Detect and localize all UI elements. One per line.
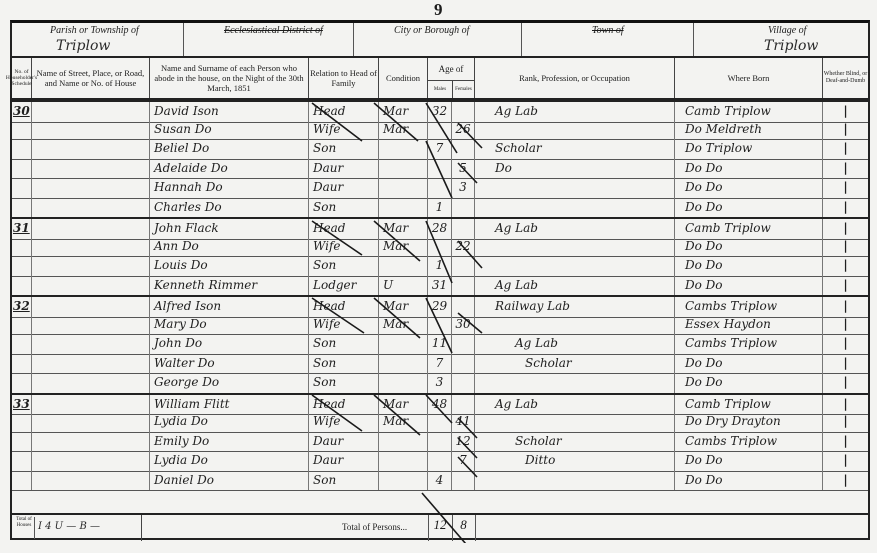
- female-age: [452, 198, 475, 218]
- relation: Wife: [309, 412, 379, 432]
- occupation: [475, 412, 675, 432]
- relation: Son: [309, 198, 379, 218]
- tally-mark: |: [823, 451, 868, 471]
- person-name: Lydia Do: [150, 412, 309, 432]
- condition: [379, 471, 428, 491]
- relation: Son: [309, 256, 379, 276]
- occupation: [475, 373, 675, 393]
- where-born: Do Do: [675, 198, 823, 218]
- city-cell: City or Borough of: [354, 23, 522, 56]
- occupation: Scholar: [475, 432, 675, 452]
- total-females: 8: [452, 517, 475, 533]
- table-row: Emily Do Daur 12 Scholar Cambs Triplow |: [12, 432, 868, 453]
- schedule-number: [12, 432, 32, 452]
- relation: Son: [309, 354, 379, 374]
- female-age: [452, 276, 475, 296]
- person-name: Charles Do: [150, 198, 309, 218]
- total-houses: Total of Houses I 4 U — B —: [12, 515, 142, 541]
- table-row: Hannah Do Daur 3 Do Do |: [12, 178, 868, 199]
- condition: Mar: [379, 315, 428, 335]
- relation: Wife: [309, 120, 379, 140]
- table-row: John Do Son 11 Ag Lab Cambs Triplow |: [12, 334, 868, 355]
- female-age: 30: [452, 315, 475, 335]
- schedule-number: [12, 315, 32, 335]
- col-where-born: Where Born: [675, 58, 823, 98]
- condition: Mar: [379, 237, 428, 257]
- male-age: [428, 120, 452, 140]
- person-name: Beliel Do: [150, 139, 309, 159]
- schedule-number: [12, 120, 32, 140]
- occupation: Scholar: [475, 354, 675, 374]
- female-age: 12: [452, 432, 475, 452]
- table-row: Walter Do Son 7 Scholar Do Do |: [12, 354, 868, 375]
- col-males: Males: [428, 81, 453, 98]
- schedule-number: [12, 354, 32, 374]
- col-occupation: Rank, Profession, or Occupation: [475, 58, 675, 98]
- female-age: 7: [452, 451, 475, 471]
- street-cell: [32, 120, 150, 140]
- where-born: Do Do: [675, 451, 823, 471]
- where-born: Do Do: [675, 159, 823, 179]
- condition: [379, 256, 428, 276]
- street-cell: [32, 471, 150, 491]
- condition: [379, 373, 428, 393]
- person-name: Adelaide Do: [150, 159, 309, 179]
- female-age: 3: [452, 178, 475, 198]
- relation: Daur: [309, 178, 379, 198]
- relation: Son: [309, 471, 379, 491]
- condition: [379, 354, 428, 374]
- relation: Son: [309, 334, 379, 354]
- total-houses-values: I 4 U — B —: [38, 521, 100, 532]
- person-name: Susan Do: [150, 120, 309, 140]
- female-age: 41: [452, 412, 475, 432]
- city-label: City or Borough of: [394, 25, 469, 36]
- female-age: 22: [452, 237, 475, 257]
- condition: [379, 432, 428, 452]
- ecclesiastical-label: Ecclesiastical District of: [224, 25, 323, 36]
- male-age: [428, 451, 452, 471]
- table-row: Louis Do Son 1 Do Do |: [12, 256, 868, 277]
- person-name: Louis Do: [150, 256, 309, 276]
- male-age: [428, 432, 452, 452]
- census-page: 9 Parish or Township of Triplow Ecclesia…: [0, 0, 877, 553]
- schedule-number: [12, 178, 32, 198]
- person-name: Kenneth Rimmer: [150, 276, 309, 296]
- occupation: Ag Lab: [475, 334, 675, 354]
- occupation: [475, 471, 675, 491]
- relation: Daur: [309, 432, 379, 452]
- street-cell: [32, 412, 150, 432]
- column-header-row: No. of Householder's Schedule Name of St…: [12, 58, 868, 100]
- condition: Mar: [379, 120, 428, 140]
- street-cell: [32, 432, 150, 452]
- person-name: George Do: [150, 373, 309, 393]
- where-born: Do Dry Drayton: [675, 412, 823, 432]
- person-name: Lydia Do: [150, 451, 309, 471]
- tally-mark: |: [823, 354, 868, 374]
- street-cell: [32, 334, 150, 354]
- where-born: Cambs Triplow: [675, 334, 823, 354]
- occupation: [475, 198, 675, 218]
- occupation: [475, 120, 675, 140]
- col-blind: Whether Blind, or Deaf-and-Dumb: [823, 58, 868, 98]
- tally-mark: |: [823, 256, 868, 276]
- relation: Son: [309, 139, 379, 159]
- occupation: Ditto: [475, 451, 675, 471]
- female-age: [452, 139, 475, 159]
- street-cell: [32, 276, 150, 296]
- town-label: Town of: [592, 25, 624, 36]
- street-cell: [32, 178, 150, 198]
- relation: Wife: [309, 237, 379, 257]
- divider: [475, 515, 476, 541]
- total-persons-label: Total of Persons...: [342, 522, 407, 532]
- occupation: [475, 315, 675, 335]
- col-schedule-no: No. of Householder's Schedule: [12, 58, 32, 98]
- parish-cell: Parish or Township of Triplow: [12, 23, 184, 56]
- where-born: Cambs Triplow: [675, 432, 823, 452]
- street-cell: [32, 354, 150, 374]
- occupation: Do: [475, 159, 675, 179]
- schedule-number: [12, 451, 32, 471]
- table-row: Ann Do Wife Mar 22 Do Do |: [12, 237, 868, 258]
- relation: Daur: [309, 159, 379, 179]
- occupation: [475, 178, 675, 198]
- total-houses-label: Total of Houses: [14, 517, 35, 539]
- person-name: John Do: [150, 334, 309, 354]
- col-age: Age of Males Females: [428, 58, 475, 98]
- table-row: George Do Son 3 Do Do |: [12, 373, 868, 394]
- tally-mark: |: [823, 432, 868, 452]
- schedule-number: [12, 471, 32, 491]
- totals-row: Total of Houses I 4 U — B — Total of Per…: [12, 513, 868, 541]
- where-born: Do Do: [675, 276, 823, 296]
- schedule-number: [12, 334, 32, 354]
- where-born: Do Meldreth: [675, 120, 823, 140]
- condition: [379, 451, 428, 471]
- condition: [379, 178, 428, 198]
- street-cell: [32, 451, 150, 471]
- schedule-number: [12, 412, 32, 432]
- where-born: Do Do: [675, 471, 823, 491]
- col-age-of: Age of: [428, 58, 474, 81]
- person-name: Walter Do: [150, 354, 309, 374]
- street-cell: [32, 373, 150, 393]
- where-born: Do Do: [675, 354, 823, 374]
- tally-mark: |: [823, 198, 868, 218]
- occupation: Ag Lab: [475, 276, 675, 296]
- male-age: [428, 159, 452, 179]
- person-name: Emily Do: [150, 432, 309, 452]
- condition: [379, 334, 428, 354]
- tally-mark: |: [823, 237, 868, 257]
- tally-mark: |: [823, 412, 868, 432]
- male-age: 1: [428, 198, 452, 218]
- where-born: Essex Haydon: [675, 315, 823, 335]
- where-born: Do Do: [675, 237, 823, 257]
- male-age: [428, 237, 452, 257]
- female-age: 5: [452, 159, 475, 179]
- table-row: Mary Do Wife Mar 30 Essex Haydon |: [12, 315, 868, 336]
- schedule-number: [12, 373, 32, 393]
- female-age: [452, 471, 475, 491]
- schedule-number: [12, 159, 32, 179]
- schedule-number: [12, 276, 32, 296]
- col-females: Females: [452, 81, 475, 98]
- occupation: [475, 237, 675, 257]
- village-cell: Village of Triplow: [694, 23, 868, 56]
- town-cell: Town of: [522, 23, 694, 56]
- person-name: Hannah Do: [150, 178, 309, 198]
- where-born: Do Do: [675, 373, 823, 393]
- tally-mark: |: [823, 471, 868, 491]
- condition: [379, 159, 428, 179]
- occupation: [475, 256, 675, 276]
- person-name: Mary Do: [150, 315, 309, 335]
- village-value: Triplow: [764, 38, 818, 54]
- street-cell: [32, 139, 150, 159]
- relation: Daur: [309, 451, 379, 471]
- male-age: 1: [428, 256, 452, 276]
- male-age: 31: [428, 276, 452, 296]
- tally-mark: |: [823, 178, 868, 198]
- male-age: [428, 315, 452, 335]
- ecclesiastical-cell: Ecclesiastical District of: [184, 23, 354, 56]
- female-age: [452, 354, 475, 374]
- condition: Mar: [379, 412, 428, 432]
- table-row: Kenneth Rimmer Lodger U 31 Ag Lab Do Do …: [12, 276, 868, 297]
- schedule-number: [12, 237, 32, 257]
- condition: U: [379, 276, 428, 296]
- table-row: Susan Do Wife Mar 26 Do Meldreth |: [12, 120, 868, 141]
- street-cell: [32, 159, 150, 179]
- village-label: Village of: [768, 25, 806, 36]
- female-age: [452, 256, 475, 276]
- census-sheet: Parish or Township of Triplow Ecclesiast…: [10, 20, 870, 540]
- table-row: Beliel Do Son 7 Scholar Do Triplow |: [12, 139, 868, 160]
- schedule-number: [12, 198, 32, 218]
- tally-mark: |: [823, 139, 868, 159]
- table-row: Lydia Do Wife Mar 41 Do Dry Drayton |: [12, 412, 868, 433]
- where-born: Do Do: [675, 178, 823, 198]
- female-age: 26: [452, 120, 475, 140]
- schedule-number: [12, 139, 32, 159]
- occupation: Scholar: [475, 139, 675, 159]
- male-age: [428, 178, 452, 198]
- male-age: [428, 412, 452, 432]
- male-age: 7: [428, 354, 452, 374]
- male-age: 3: [428, 373, 452, 393]
- schedule-number: [12, 256, 32, 276]
- tally-mark: |: [823, 334, 868, 354]
- where-born: Do Do: [675, 256, 823, 276]
- parish-label: Parish or Township of: [50, 25, 139, 36]
- total-males: 12: [428, 517, 452, 533]
- street-cell: [32, 198, 150, 218]
- female-age: [452, 334, 475, 354]
- tally-mark: |: [823, 315, 868, 335]
- page-number: 9: [434, 0, 443, 20]
- male-age: 4: [428, 471, 452, 491]
- tally-mark: |: [823, 276, 868, 296]
- table-row: Lydia Do Daur 7 Ditto Do Do |: [12, 451, 868, 472]
- relation: Lodger: [309, 276, 379, 296]
- table-row: Adelaide Do Daur 5 Do Do Do |: [12, 159, 868, 180]
- street-cell: [32, 256, 150, 276]
- street-cell: [32, 237, 150, 257]
- table-row: Daniel Do Son 4 Do Do |: [12, 471, 868, 492]
- tally-mark: |: [823, 120, 868, 140]
- col-name: Name and Surname of each Person who abod…: [150, 58, 309, 98]
- condition: [379, 139, 428, 159]
- male-age: 7: [428, 139, 452, 159]
- relation: Son: [309, 373, 379, 393]
- condition: [379, 198, 428, 218]
- col-condition: Condition: [379, 58, 428, 98]
- where-born: Do Triplow: [675, 139, 823, 159]
- person-name: Ann Do: [150, 237, 309, 257]
- relation: Wife: [309, 315, 379, 335]
- tally-mark: |: [823, 373, 868, 393]
- person-name: Daniel Do: [150, 471, 309, 491]
- col-street: Name of Street, Place, or Road, and Name…: [32, 58, 150, 98]
- female-age: [452, 373, 475, 393]
- parish-value: Triplow: [56, 38, 110, 54]
- tally-mark: |: [823, 159, 868, 179]
- male-age: 11: [428, 334, 452, 354]
- table-row: Charles Do Son 1 Do Do |: [12, 198, 868, 219]
- street-cell: [32, 315, 150, 335]
- district-header: Parish or Township of Triplow Ecclesiast…: [12, 23, 868, 58]
- col-relation: Relation to Head of Family: [309, 58, 379, 98]
